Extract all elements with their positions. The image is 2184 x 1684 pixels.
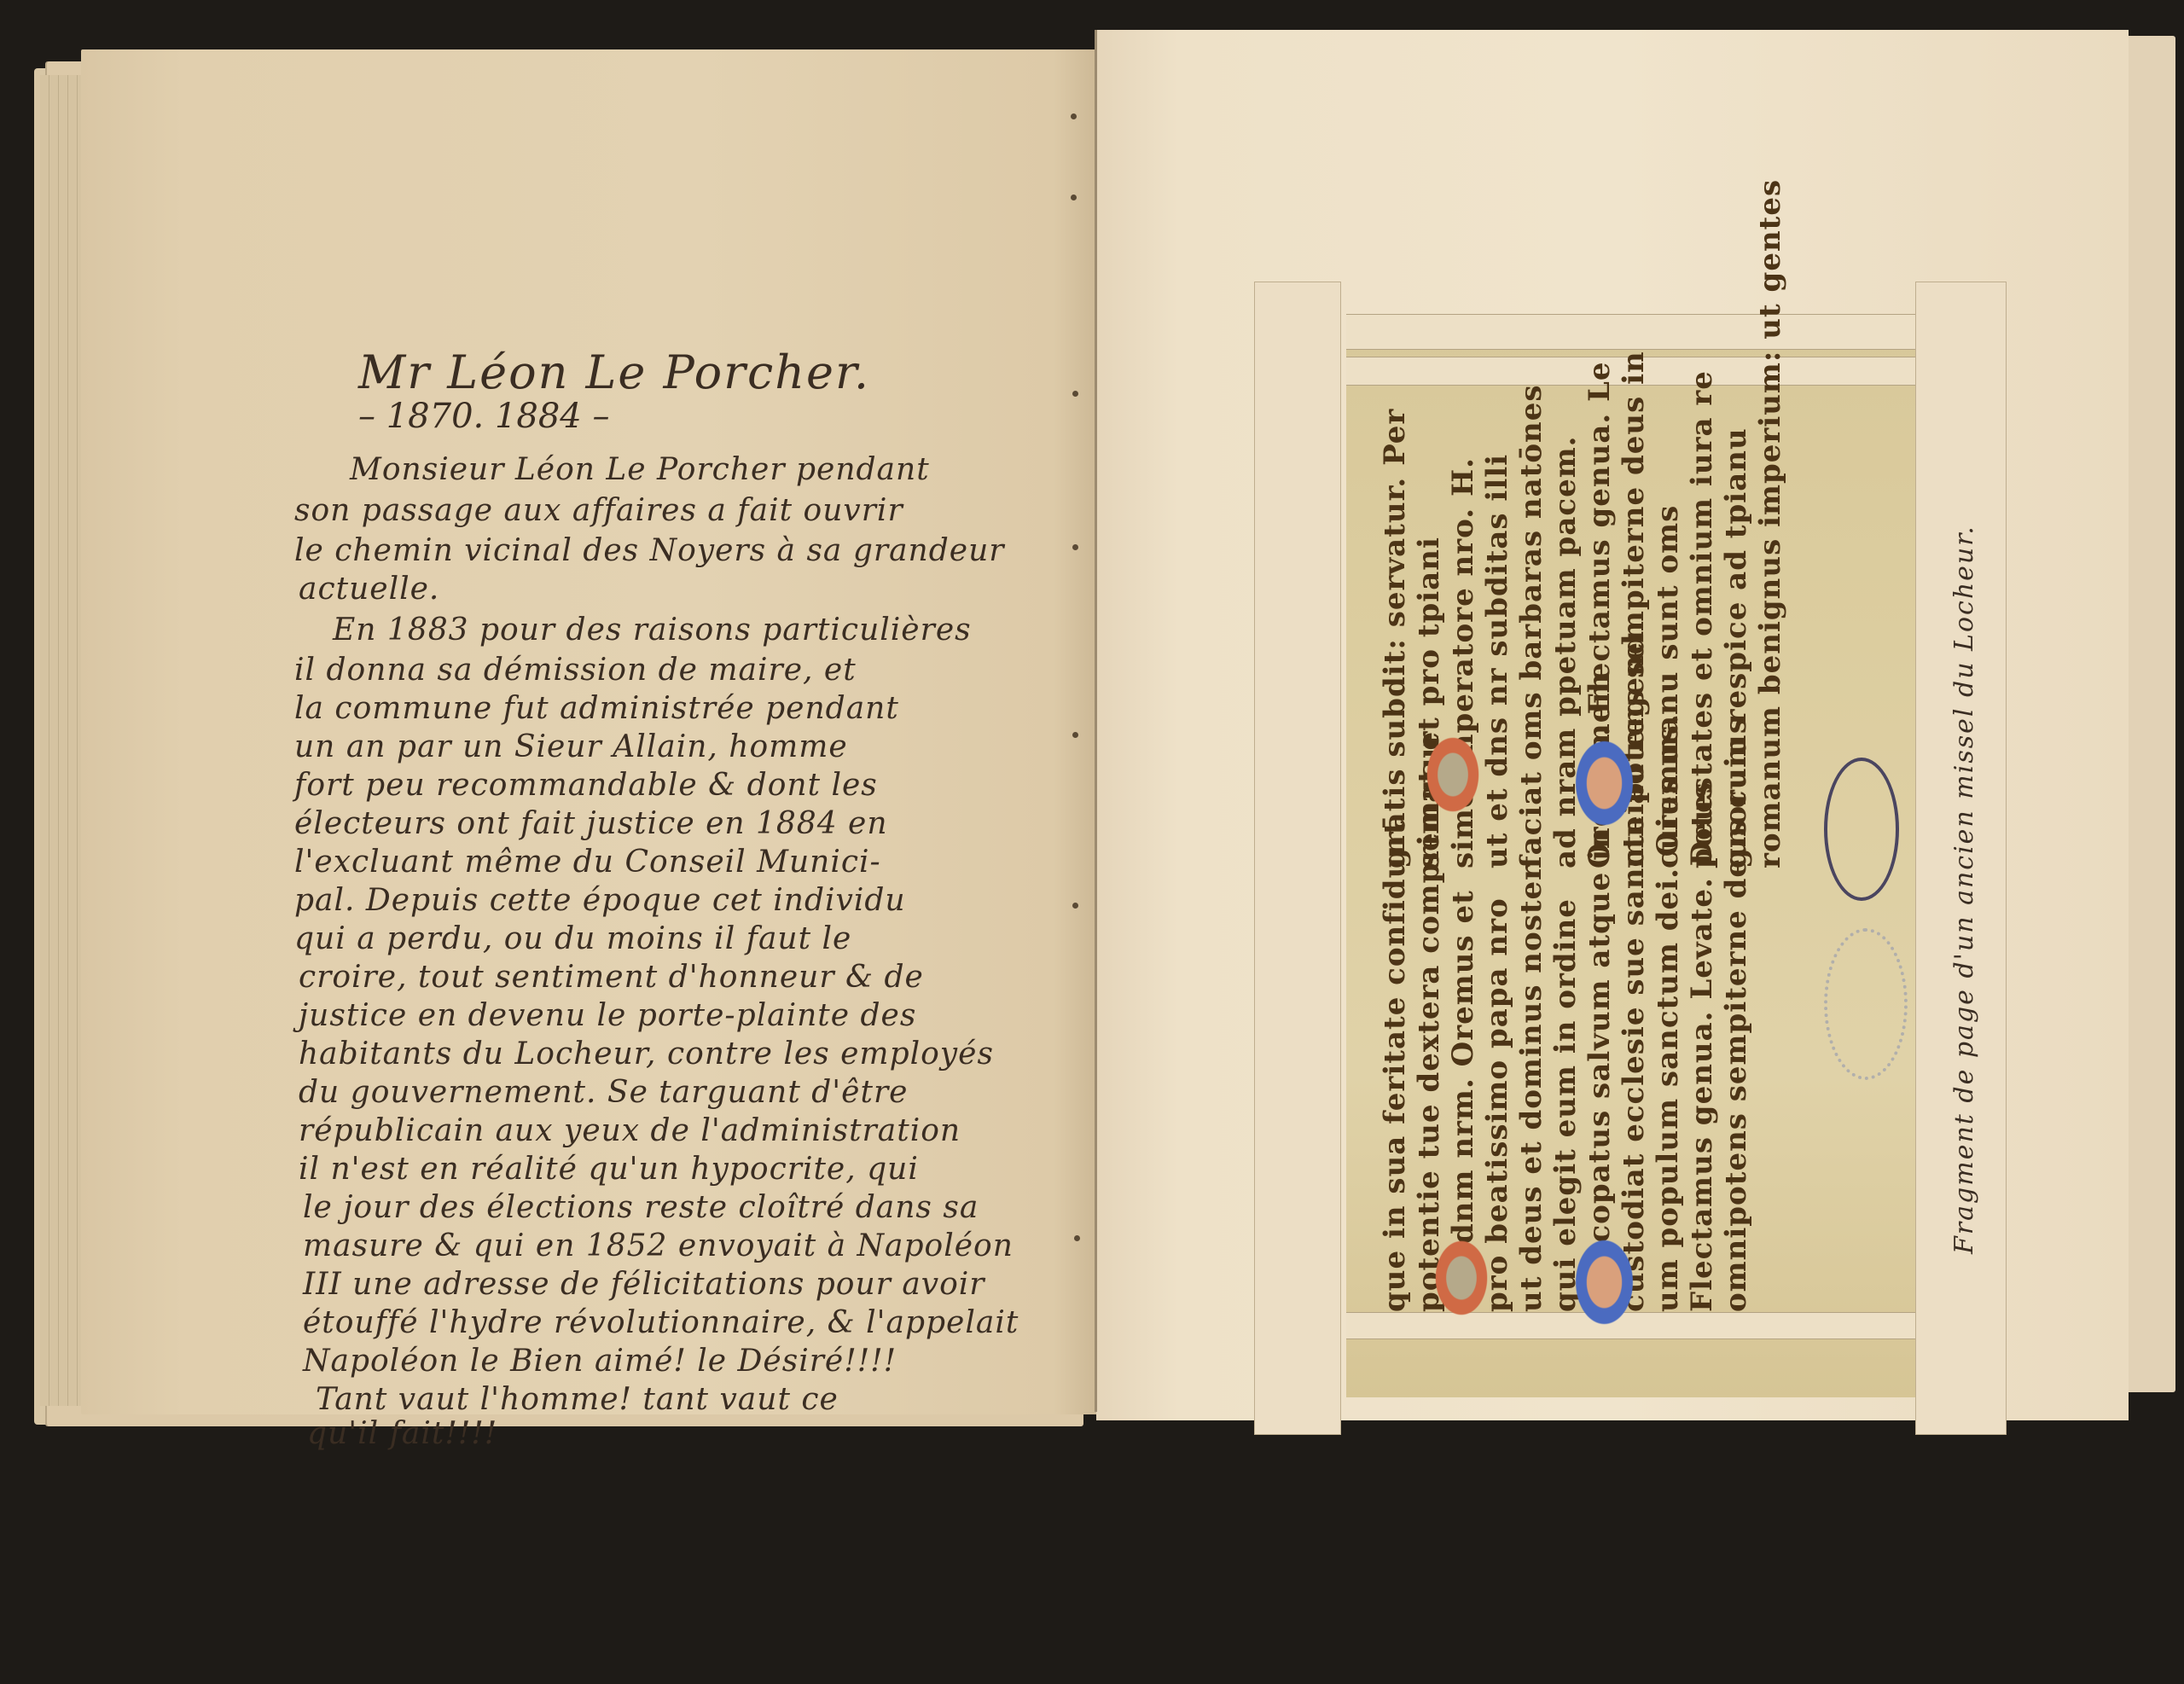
mount-band-bottom	[1346, 1312, 1999, 1339]
gothic-line: pro beatissimo papa nro	[1483, 911, 1512, 1312]
text-line: son passage aux affaires a fait ouvrir	[294, 493, 903, 528]
text-line: croire, tout sentiment d'honneur & de	[299, 960, 924, 995]
text-line: l'excluant même du Conseil Munici-	[294, 845, 881, 880]
binding-hole	[1071, 195, 1077, 200]
text-line: le jour des élections reste cloîtré dans…	[303, 1190, 979, 1225]
fragment-caption: Fragment de page d'un ancien missel du L…	[1949, 525, 1979, 1254]
text-line: il donna sa démission de maire, et	[294, 653, 857, 688]
text-line: il n'est en réalité qu'un hypocrite, qui	[299, 1152, 919, 1187]
date-range: – 1870. 1884 –	[358, 397, 609, 436]
gothic-line: grātis subdit: servatur. Per	[1380, 425, 1409, 868]
gothic-line: qui elegit eum in ordine	[1551, 911, 1580, 1312]
text-line: Monsieur Léon Le Porcher pendant	[350, 452, 930, 487]
gothic-line: Flectamus genua. Levate. Deus	[1687, 911, 1716, 1312]
text-line: Napoléon le Bien aimé! le Désiré!!!!	[303, 1344, 897, 1379]
text-line: étouffé l'hydre révolutionnaire, & l'app…	[303, 1305, 1019, 1340]
gothic-line: ut et dns nr subditas illi	[1483, 425, 1512, 868]
manuscript-fragment: grātis subdit: servatur. Per semus et pr…	[1346, 314, 1999, 1397]
faint-stamp	[1824, 928, 1908, 1080]
illuminated-initial-blue	[1572, 1235, 1636, 1329]
text-line: la commune fut administrée pendant	[294, 691, 899, 726]
book-gutter	[1095, 30, 1097, 1412]
text-line: Tant vaut l'homme! tant vaut ce	[316, 1382, 839, 1417]
gothic-line: ut deus et dominus noster	[1517, 911, 1546, 1312]
binding-hole	[1072, 544, 1078, 550]
illuminated-initial-red	[1423, 732, 1483, 817]
gothic-line: romanum benignus imperium: ut gentes	[1756, 425, 1785, 868]
mount-band	[1346, 357, 1999, 386]
text-line: pal. Depuis cette époque cet individu	[294, 883, 906, 918]
text-line: le chemin vicinal des Noyers à sa grande…	[294, 533, 1004, 568]
text-line: qui a perdu, ou du moins il faut le	[294, 921, 851, 956]
text-line: électeurs ont fait justice en 1884 en	[294, 806, 888, 841]
text-line: fort peu recommandable & dont les	[294, 768, 878, 803]
binding-hole	[1071, 113, 1077, 119]
text-line: du gouvernement. Se targuant d'être	[299, 1075, 908, 1110]
text-line: masure & qui en 1852 envoyait à Napoléon	[303, 1228, 1014, 1263]
binding-hole	[1072, 391, 1078, 397]
gothic-line: que in sua feritate confidunt	[1380, 911, 1409, 1312]
binding-hole	[1072, 903, 1078, 909]
archive-stamp	[1824, 758, 1899, 901]
text-line: III une adresse de félicitations pour av…	[303, 1267, 985, 1302]
text-line: qu'il fait!!!!	[307, 1416, 497, 1451]
binding-hole	[1072, 732, 1078, 738]
illuminated-initial-red	[1432, 1235, 1491, 1321]
text-line: républicain aux yeux de l'administration	[299, 1113, 961, 1148]
text-line: justice en devenu le porte-plainte des	[299, 998, 916, 1033]
text-line: un an par un Sieur Allain, homme	[294, 729, 848, 764]
illuminated-initial-blue	[1572, 736, 1636, 830]
text-line: En 1883 pour des raisons particulières	[333, 613, 972, 647]
page-edges	[40, 75, 81, 1406]
page-title: Mr Léon Le Porcher.	[358, 346, 870, 399]
binding-hole	[1074, 1235, 1080, 1241]
mount-band-top	[1346, 314, 1999, 350]
mount-strip-left	[1254, 282, 1341, 1435]
text-line: habitants du Locheur, contre les employé…	[299, 1037, 994, 1071]
text-line: actuelle.	[299, 572, 439, 607]
gothic-line: faciat oms barbaras natōnes	[1517, 425, 1546, 868]
gothic-line: omnipotens sempiterne deus cuius	[1722, 911, 1751, 1312]
gothic-line: um populum sanctum dei. Oremus.	[1653, 911, 1682, 1312]
